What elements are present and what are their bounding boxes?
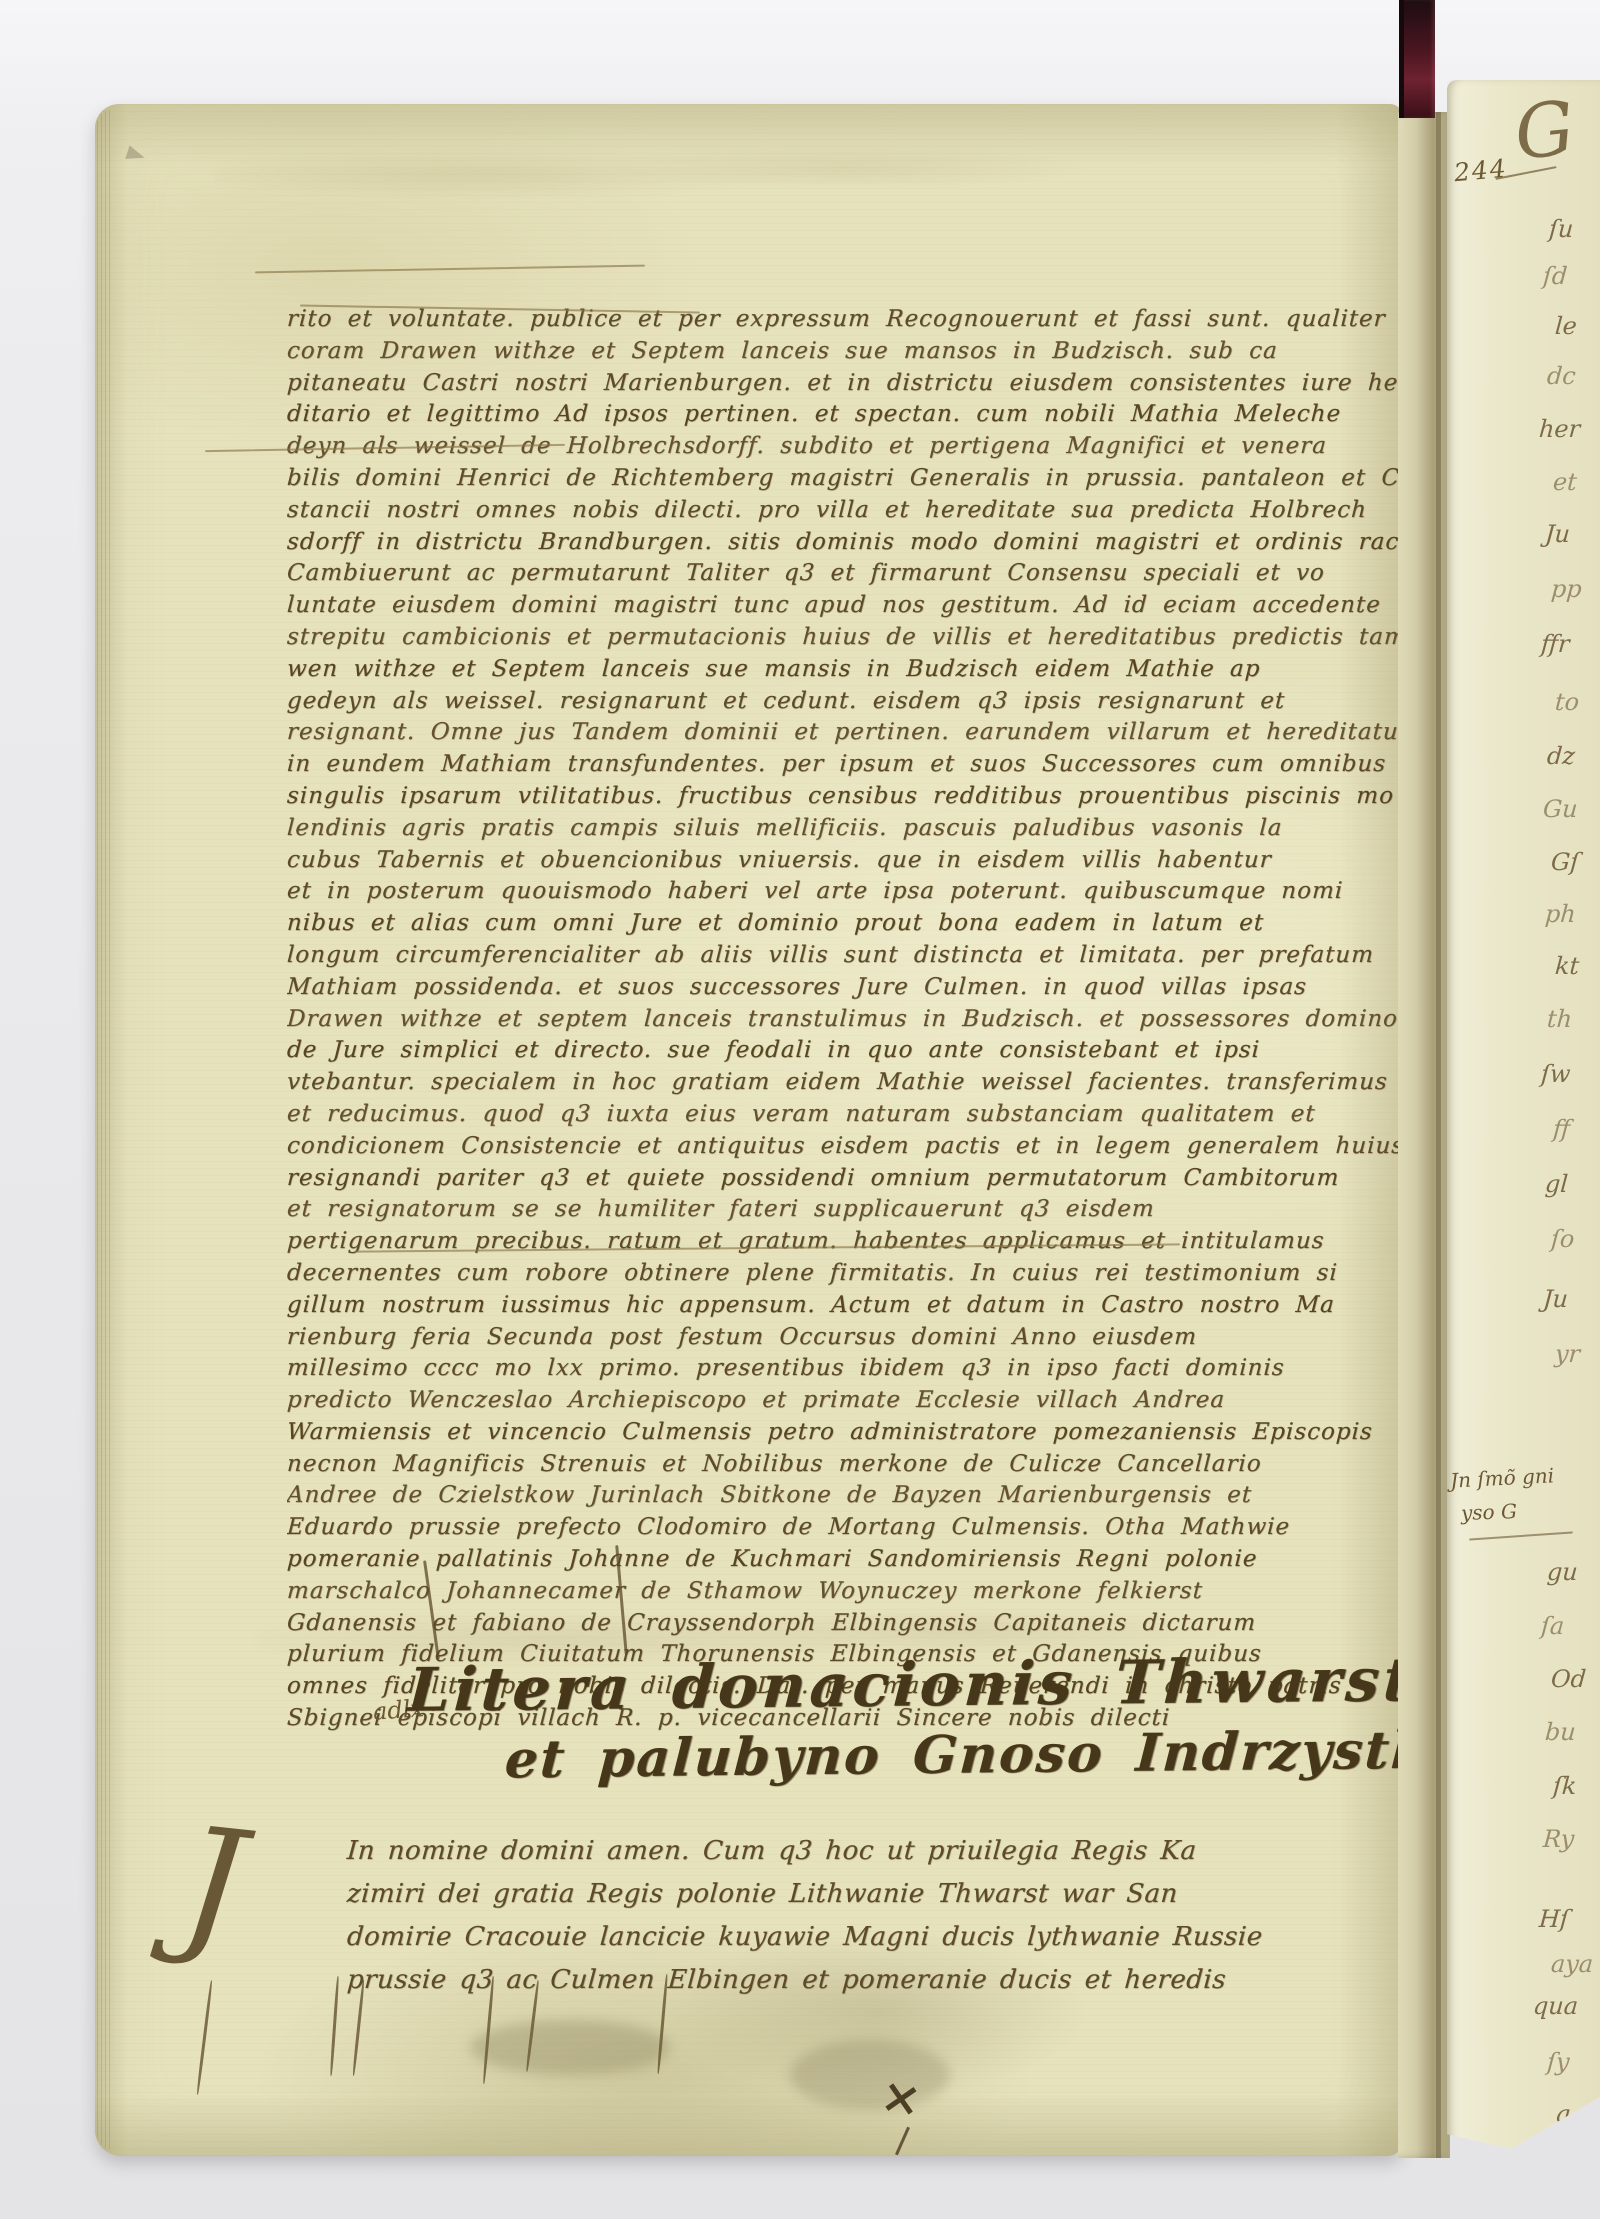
manuscript-text-line: luntate eiusdem domini magistri tunc apu… (287, 590, 1479, 622)
manuscript-text-line: domirie Cracouie lancicie kuyawie Magni … (345, 1916, 1308, 1959)
manuscript-text-line: et in posterum quouismodo haberi vel art… (287, 876, 1479, 908)
flourish-initial: G (1511, 91, 1578, 171)
manuscript-text-line: Gdanensis et fabiano de Crayssendorph El… (287, 1608, 1479, 1640)
manuscript-text-line: pitaneatu Castri nostri Marienburgen. et… (287, 368, 1479, 400)
edge-text-fragment: dz (1546, 742, 1576, 770)
edge-text-fragment: gl (1544, 1170, 1569, 1198)
manuscript-text-line: vtebantur. specialem in hoc gratiam eide… (287, 1067, 1479, 1099)
manuscript-text-line: rienburg feria Secunda post festum Occur… (287, 1322, 1479, 1354)
edge-text-fragment: th (1546, 1005, 1573, 1033)
edge-text-fragment: Gſ (1550, 848, 1580, 876)
manuscript-text-line: wen withze et Septem lanceis sue mansis … (287, 654, 1479, 686)
descender-stroke (196, 1980, 213, 2095)
manuscript-text-line: predicto Wenczeslao Archiepiscopo et pri… (287, 1385, 1479, 1417)
manuscript-text-line: decernentes cum robore obtinere plene fi… (287, 1258, 1479, 1290)
edge-text-fragment: gu (1546, 1558, 1579, 1586)
edge-text-fragment: yr (1554, 1340, 1581, 1368)
edge-text-fragment: dc (1546, 362, 1577, 390)
edge-text-fragment: Ju (1544, 520, 1571, 548)
new-charter-opening: In nomine domini amen. Cum q3 hoc ut pri… (347, 1830, 1307, 2002)
edge-text-fragment: et (1552, 468, 1578, 496)
manuscript-page-left: rito et voluntate. publice et per expres… (95, 104, 1402, 2156)
manuscript-text-line: singulis ipsarum vtilitatibus. fructibus… (287, 781, 1479, 813)
edge-text-fragment: to (1554, 688, 1580, 716)
margin-note-line-1: Jn ſmõ gni (1449, 1463, 1554, 1492)
paper-stain (470, 2020, 670, 2075)
rubric-heading-line-2: et palubyno Gnoso Indrzysthcoi (503, 1719, 1524, 1791)
edge-text-fragment: qua (1532, 1992, 1579, 2020)
ink-blot-mark: × (876, 2067, 925, 2129)
edge-text-fragment: ſy (1546, 2048, 1570, 2076)
manuscript-text-line: Cambiuerunt ac permutarunt Taliter q3 et… (287, 558, 1479, 590)
edge-text-fragment: ſu (1548, 215, 1574, 243)
edge-text-fragment: ff (1552, 1115, 1571, 1143)
edge-text-fragment: her (1538, 415, 1581, 443)
manuscript-text-line: gedeyn als weissel. resignarunt et cedun… (287, 686, 1479, 718)
manuscript-text-line: Andree de Czielstkow Jurinlach Sbitkone … (287, 1480, 1479, 1512)
ink-blot-tail (895, 2127, 910, 2156)
manuscript-text-line: In nomine domini amen. Cum q3 hoc ut pri… (345, 1830, 1308, 1873)
folio-number: 244 (1453, 154, 1509, 188)
paper-stain (790, 2040, 950, 2110)
corner-arrow-smudge (125, 146, 146, 165)
manuscript-text-line: sdorff in districtu Brandburgen. sitis d… (287, 527, 1479, 559)
manuscript-scan: rito et voluntate. publice et per expres… (0, 0, 1600, 2219)
edge-text-fragment: ſo (1550, 1225, 1575, 1253)
gutter-crease-line (1436, 112, 1441, 2158)
manuscript-text-line: Drawen withze et septem lanceis transtul… (287, 1004, 1479, 1036)
manuscript-text-line: gillum nostrum iussimus hic appensum. Ac… (287, 1290, 1479, 1322)
edge-text-fragment: Gu (1542, 795, 1579, 823)
edge-text-fragment: ſa (1540, 1612, 1565, 1640)
bleedthrough-stain (215, 144, 1115, 204)
manuscript-text-line: Eduardo prussie prefecto Clodomiro de Mo… (287, 1512, 1479, 1544)
manuscript-text-line: marschalco Johannecamer de Sthamow Woynu… (287, 1576, 1479, 1608)
edge-text-fragment: pp (1550, 575, 1583, 603)
manuscript-text-line: longum circumferencialiter ab aliis vill… (287, 940, 1479, 972)
edge-text-fragment: Hſ (1538, 1905, 1570, 1933)
edge-text-fragment: ſk (1552, 1772, 1577, 1800)
ink-underline-stroke (255, 265, 645, 274)
binding-spine-strip (1399, 0, 1435, 118)
margin-note-underline (1469, 1531, 1573, 1540)
edge-text-fragment: ſw (1540, 1060, 1571, 1088)
edge-text-fragment: ph (1544, 900, 1577, 928)
edge-text-fragment: ſd (1542, 262, 1568, 290)
edge-text-fragment: kt (1554, 952, 1580, 980)
manuscript-text-line: bilis domini Henrici de Richtemberg magi… (287, 463, 1479, 495)
edge-text-fragment: Ry (1542, 1825, 1575, 1853)
edge-text-fragment: ffr (1540, 630, 1570, 658)
manuscript-text-line: nibus et alias cum omni Jure et dominio … (287, 908, 1479, 940)
manuscript-text-line: pertigenarum precibus. ratum et gratum. … (287, 1226, 1479, 1258)
descender-stroke (330, 1976, 340, 2076)
manuscript-text-line: Mathiam possidenda. et suos successores … (287, 972, 1479, 1004)
manuscript-text-line: stancii nostri omnes nobis dilecti. pro … (287, 495, 1479, 527)
manuscript-page-right-edge: 244 G Jn ſmõ gni yso G ſuſdledcheretJupp… (1447, 80, 1600, 2155)
rubric-heading-line-1: Litera donacionis Thwarstno (406, 1644, 1509, 1726)
edge-text-fragment: le (1554, 312, 1578, 340)
manuscript-text-line: resignandi pariter q3 et quiete possiden… (287, 1163, 1479, 1195)
edge-text-fragment: bu (1544, 1718, 1577, 1746)
manuscript-text-line: pomeranie pallatinis Johanne de Kuchmari… (287, 1544, 1479, 1576)
manuscript-text-line: zimiri dei gratia Regis polonie Lithwani… (345, 1873, 1308, 1916)
edge-text-fragment: aya (1550, 1950, 1594, 1978)
edge-text-fragment: Od (1550, 1665, 1587, 1693)
opening-initial-flourish: J (175, 1807, 250, 1962)
charter-body-text: rito et voluntate. publice et per expres… (287, 304, 1479, 1744)
edge-text-fragment: Ju (1542, 1285, 1569, 1313)
edge-text-fragment: q (1554, 2100, 1571, 2128)
page-stack-edge (97, 110, 113, 2150)
manuscript-text-line: ditario et legittimo Ad ipsos pertinen. … (287, 399, 1479, 431)
manuscript-text-line: lendinis agris pratis campis siluis mell… (287, 813, 1479, 845)
manuscript-text-line: de Jure simplici et directo. sue feodali… (287, 1035, 1479, 1067)
manuscript-text-line: condicionem Consistencie et antiquitus e… (287, 1131, 1479, 1163)
manuscript-text-line: coram Drawen withze et Septem lanceis su… (287, 336, 1479, 368)
manuscript-text-line: et resignatorum se se humiliter fateri s… (287, 1194, 1479, 1226)
manuscript-text-line: strepitu cambicionis et permutacionis hu… (287, 622, 1479, 654)
margin-note-line-2: yso G (1461, 1499, 1518, 1525)
manuscript-text-line: cubus Tabernis et obuencionibus vniuersi… (287, 845, 1479, 877)
manuscript-text-line: millesimo cccc mo lxx primo. presentibus… (287, 1353, 1479, 1385)
manuscript-text-line: resignant. Omne jus Tandem dominii et pe… (287, 717, 1479, 749)
manuscript-text-line: Warmiensis et vincencio Culmensis petro … (287, 1417, 1479, 1449)
manuscript-text-line: necnon Magnificis Strenuis et Nobilibus … (287, 1449, 1479, 1481)
manuscript-text-line: et reducimus. quod q3 iuxta eius veram n… (287, 1099, 1479, 1131)
book-gutter (1398, 112, 1450, 2158)
manuscript-text-line: in eundem Mathiam transfundentes. per ip… (287, 749, 1479, 781)
